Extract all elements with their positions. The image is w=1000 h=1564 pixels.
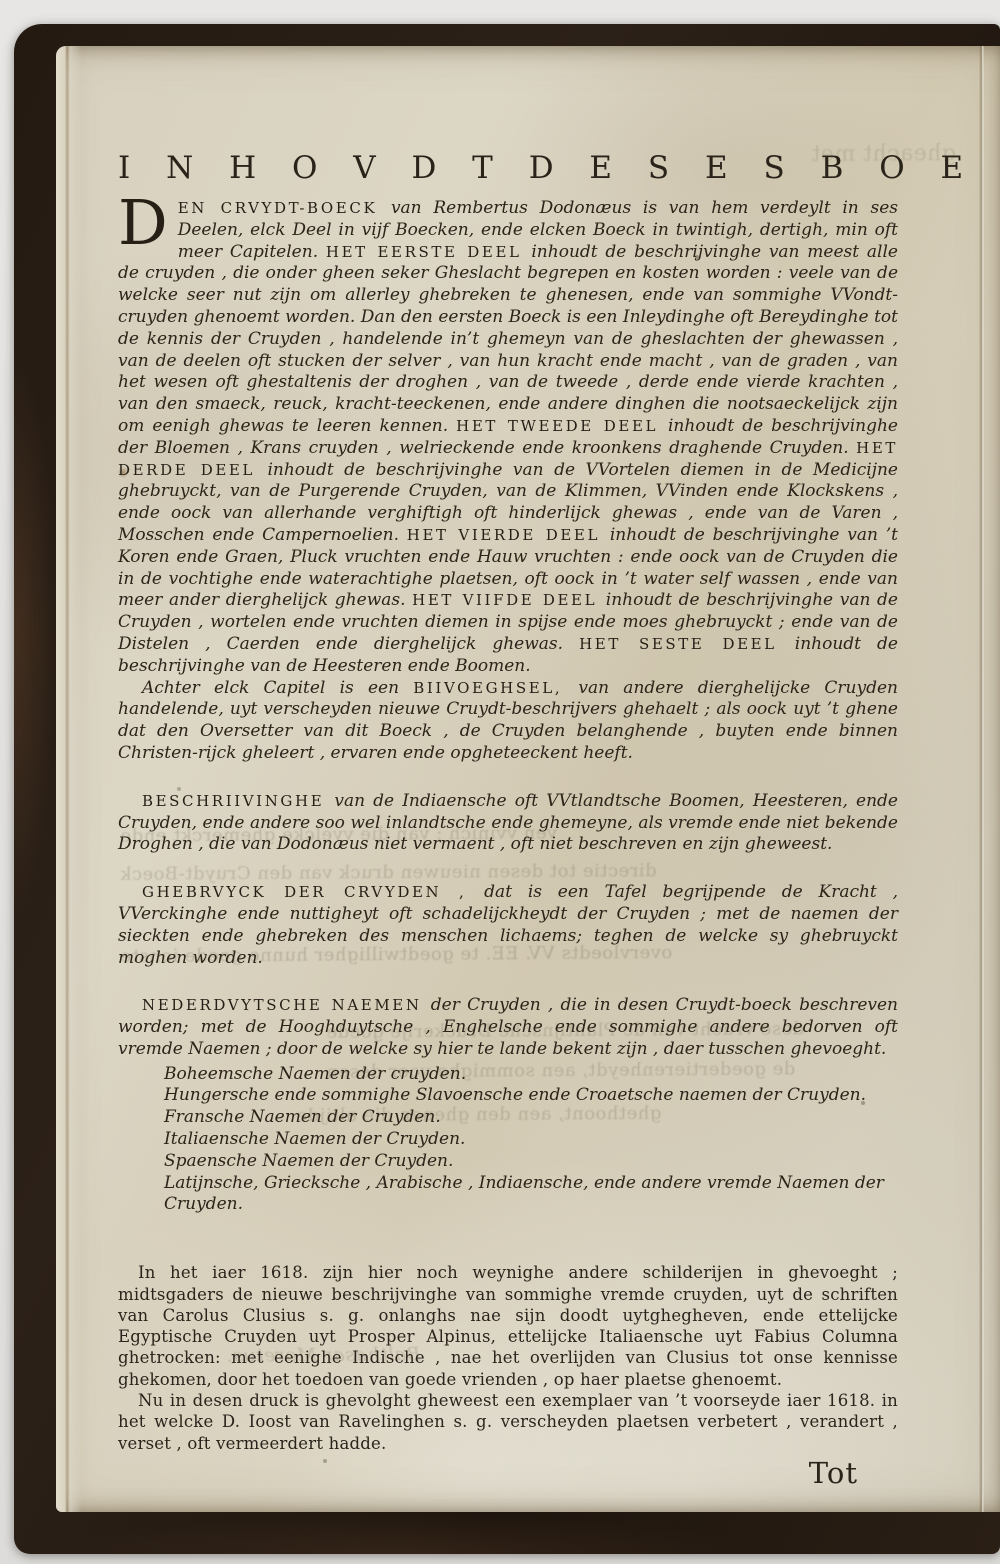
drop-cap: D: [118, 198, 178, 246]
caps-run: BIIVOEGHSEL,: [413, 679, 578, 697]
list-item: Spaensche Naemen der Cruyden.: [118, 1151, 898, 1173]
note-ravelinghen-paragraph: Nu in desen druck is ghevolght gheweest …: [118, 1390, 898, 1454]
caps-run: EN CRVYDT-BOECK: [178, 199, 391, 217]
caps-run: HET TWEEDE DEEL: [456, 417, 668, 435]
list-item: Hungersche ende sommighe Slavoensche end…: [118, 1085, 898, 1107]
list-item: Boheemsche Naemen der cruyden.: [118, 1064, 898, 1086]
italic-run: inhoudt de beschrijvinghe van meest alle…: [118, 242, 898, 436]
language-names-list: Boheemsche Naemen der cruyden.Hungersche…: [118, 1064, 898, 1217]
caps-run: HET VIERDE DEEL: [407, 526, 610, 544]
list-item: Italiaensche Naemen der Cruyden.: [118, 1129, 898, 1151]
page-fold-line: [979, 46, 984, 1512]
bijvoeghsel-paragraph: Achter elck Capitel is een BIIVOEGHSEL, …: [118, 678, 898, 765]
text-block: I N H O V D T D E S E S B O E C K S. DEN…: [118, 46, 898, 1490]
caps-run: GHEBRVYCK DER CRVYDEN ,: [142, 883, 484, 901]
contents-overview-paragraph: DEN CRVYDT-BOECK van Rembertus Dodonæus …: [118, 198, 898, 678]
catchword: Tot: [118, 1456, 898, 1490]
page-title: I N H O V D T D E S E S B O E C K S.: [118, 150, 898, 186]
caps-run: BESCHRIIVINGHE: [142, 792, 334, 810]
list-item: Fransche Naemen der Cruyden.: [118, 1107, 898, 1129]
naemen-paragraph: NEDERDVYTSCHE NAEMEN der Cruyden , die i…: [118, 995, 898, 1060]
beschrijvinghe-paragraph: BESCHRIIVINGHE van de Indiaensche oft VV…: [118, 791, 898, 856]
book-page: gheacht met ven vvinich ; van die vvelck…: [56, 46, 1000, 1512]
ink-specks: [56, 46, 58, 48]
note-1618-paragraph: In het iaer 1618. zijn hier noch weynigh…: [118, 1262, 898, 1390]
caps-run: HET VIIFDE DEEL: [412, 591, 606, 609]
caps-run: NEDERDVYTSCHE NAEMEN: [142, 996, 431, 1014]
page-deckle-edge: [56, 46, 82, 1512]
list-item: Latijnsche, Griecksche , Arabische , Ind…: [118, 1173, 898, 1217]
caps-run: HET SESTE DEEL: [579, 635, 795, 653]
italic-run: Achter elck Capitel is een: [142, 678, 413, 698]
caps-run: HET EERSTE DEEL: [326, 243, 531, 261]
ghebruyck-paragraph: GHEBRVYCK DER CRVYDEN , dat is een Tafel…: [118, 882, 898, 969]
photo-background: gheacht met ven vvinich ; van die vvelck…: [0, 0, 1000, 1564]
